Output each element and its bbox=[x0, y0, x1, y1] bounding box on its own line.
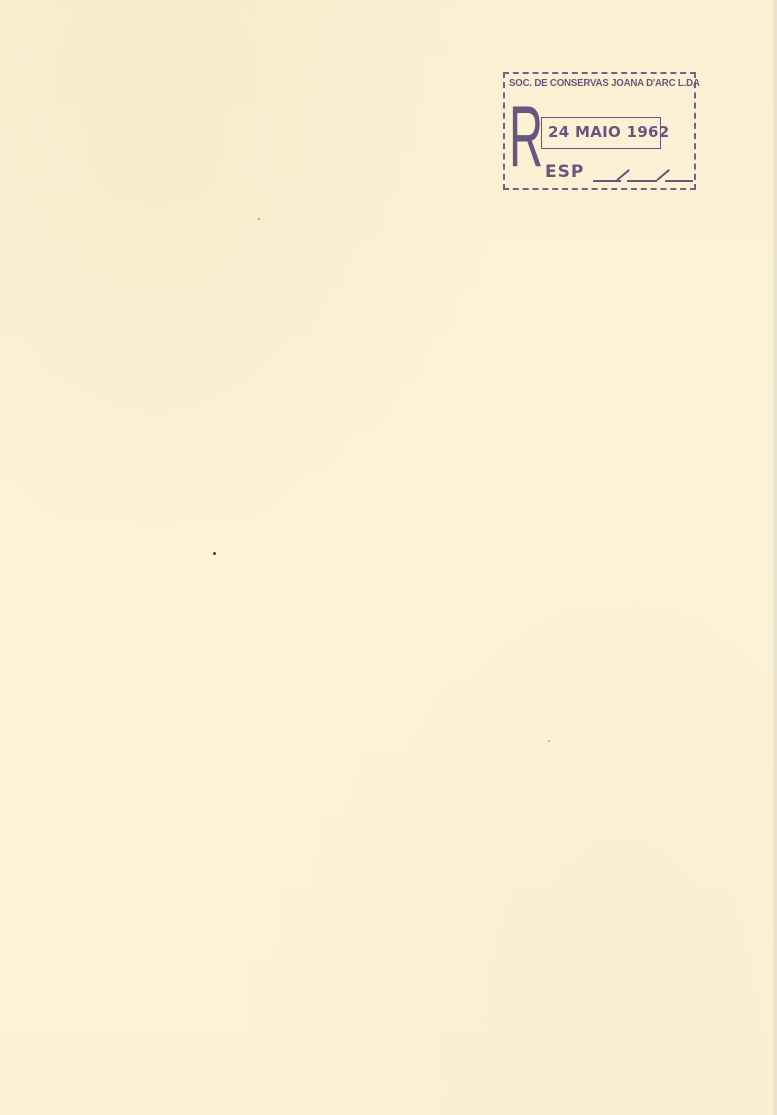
paper-speck bbox=[548, 740, 550, 742]
document-page: SOC. DE CONSERVAS JOANA D'ARC L.DA R 24 … bbox=[0, 0, 777, 1115]
stamp-signature-line bbox=[627, 180, 657, 182]
paper-speck bbox=[213, 552, 216, 555]
stamp-company-name: SOC. DE CONSERVAS JOANA D'ARC L.DA bbox=[509, 77, 677, 89]
stamp-resp-label: ESP bbox=[545, 162, 584, 182]
stamp-separator bbox=[656, 169, 669, 180]
stamp-separator bbox=[616, 169, 629, 180]
stamp-letter-r: R bbox=[509, 94, 543, 180]
stamp-date: 24 MAIO 1962 bbox=[541, 117, 661, 149]
paper-speck bbox=[258, 218, 260, 220]
stamp-signature-line bbox=[665, 180, 693, 182]
page-edge bbox=[773, 0, 777, 1115]
receipt-stamp: SOC. DE CONSERVAS JOANA D'ARC L.DA R 24 … bbox=[503, 72, 696, 190]
